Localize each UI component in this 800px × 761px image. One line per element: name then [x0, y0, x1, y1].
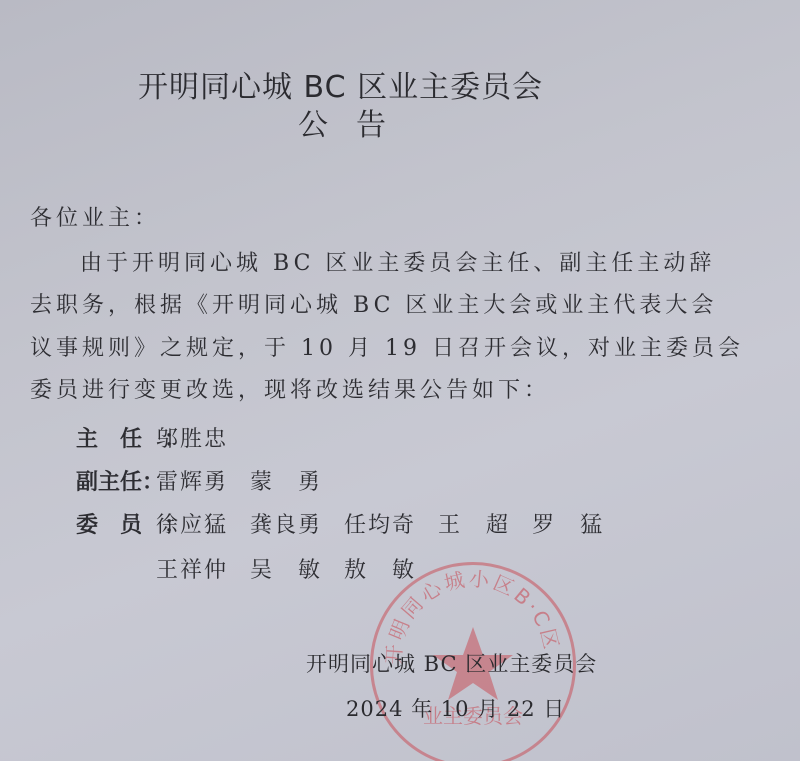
body-line: 由于开明同心城 BC 区业主委员会主任、副主任主动辞	[80, 246, 715, 277]
signature: 开明同心城 BC 区业主委员会	[306, 648, 597, 678]
member-name: 吴 敏	[250, 558, 322, 583]
notice-subtitle: 公告	[298, 100, 414, 144]
member-name: 任均奇	[344, 513, 416, 538]
members-row: 委员：徐应猛龚良勇任均奇王 超罗 猛	[76, 508, 626, 539]
salutation: 各位业主：	[30, 201, 160, 232]
deputy-director-name: 雷辉勇	[156, 470, 228, 495]
body-line: 委员进行变更改选，现将改选结果公告如下：	[30, 373, 550, 404]
director-name: 邬胜忠	[156, 427, 228, 452]
body-line: 议事规则》之规定，于 10 月 19 日召开会议，对业主委员会	[30, 331, 744, 362]
deputy-director-row: 副主任：雷辉勇蒙 勇	[76, 465, 344, 496]
member-name: 罗 猛	[532, 513, 604, 538]
director-row: 主任：邬胜忠	[76, 422, 250, 453]
director-label: 主任：	[76, 422, 156, 453]
member-name: 王祥仲	[156, 558, 228, 583]
issue-date: 2024 年 10 月 22 日	[346, 693, 565, 723]
body-line: 去职务，根据《开明同心城 BC 区业主大会或业主代表大会	[30, 288, 717, 319]
deputy-director-name: 蒙 勇	[250, 470, 322, 495]
deputy-director-label: 副主任：	[76, 465, 156, 496]
members-label: 委员：	[76, 508, 156, 539]
member-name: 王 超	[438, 513, 510, 538]
member-name: 龚良勇	[250, 513, 322, 538]
member-name: 徐应猛	[156, 513, 228, 538]
